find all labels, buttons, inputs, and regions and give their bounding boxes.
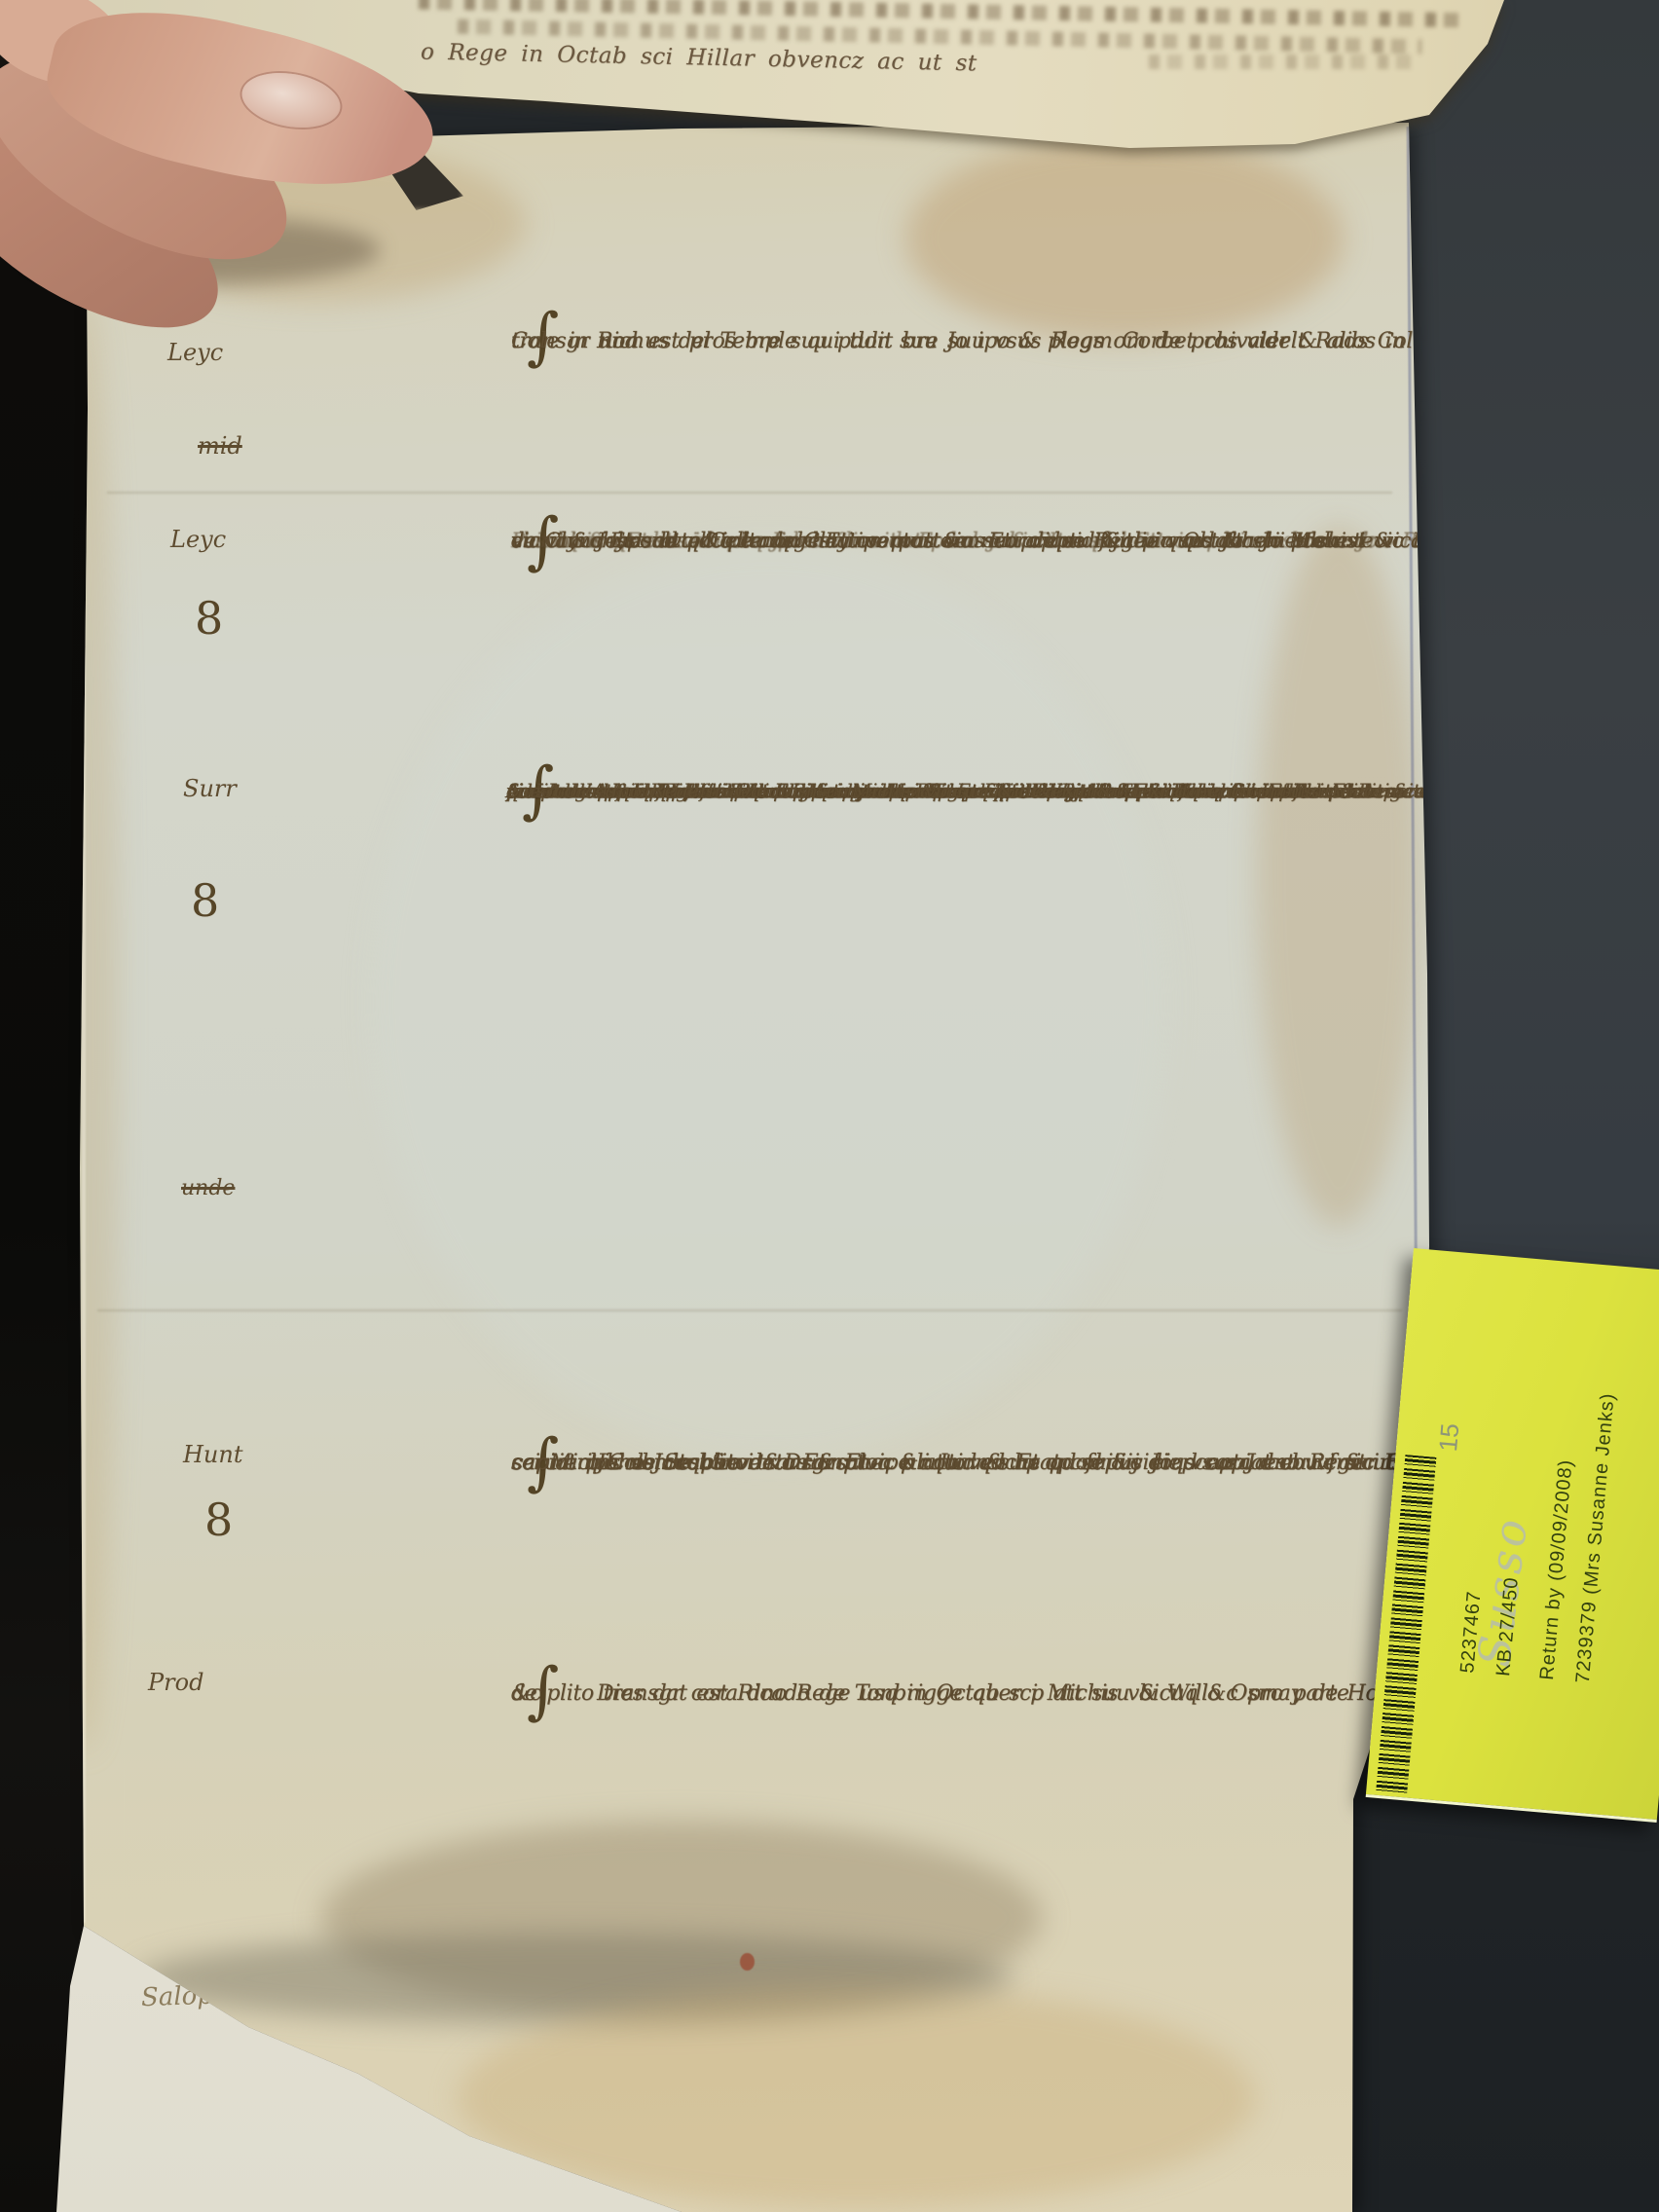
county-margin-note: Leyc: [170, 526, 226, 553]
manuscript-text-line: de plito transgr cora dno Rege usq in Oc…: [511, 1672, 1349, 1715]
county-margin-note: Hunt: [183, 1441, 243, 1468]
county-margin-note: Leyc: [167, 339, 223, 366]
membrane-left-edge-highlight: [82, 156, 86, 1923]
manuscript-text-line: transgr non est pros bre suu pdon suu Jo…: [511, 317, 1537, 366]
manuscript-text-line: sci Michis vbicuq &c: [511, 1443, 740, 1484]
fold-crease: [107, 492, 1392, 494]
struck-margin-note: mid: [198, 432, 242, 460]
label-reader: 7239379 (Mrs Susanne Jenks): [1572, 1392, 1620, 1684]
parchment-stain: [370, 545, 1168, 1460]
manuscript-text-line: &c: [511, 1672, 541, 1715]
show-through-script: [1149, 55, 1421, 69]
struck-margin-note: unde: [181, 1176, 235, 1200]
parchment-membrane: Leyc mid ∫ Richus del Temple qui tulit b…: [0, 0, 1659, 2212]
red-ink-spot: [740, 1953, 755, 1971]
attorney-mark: 8: [195, 596, 223, 641]
county-margin-note: Surr: [183, 775, 237, 802]
attorney-mark: 8: [204, 1497, 233, 1542]
county-margin-note: Prod: [148, 1669, 203, 1696]
parchment-stain: [1256, 526, 1421, 1227]
fold-crease: [97, 1309, 1402, 1311]
manuscript-text-line: Cole in una: [511, 317, 637, 366]
manuscript-text-line: eius cora dno Rege in Octabis sci Michis…: [506, 771, 1025, 810]
pencil-number: 15: [1433, 1422, 1465, 1454]
parchment-membrane-wrap: Leyc mid ∫ Richus del Temple qui tulit b…: [0, 0, 1659, 2212]
attorney-mark: 8: [191, 878, 219, 923]
photo-canvas: Leyc mid ∫ Richus del Temple qui tulit b…: [0, 0, 1659, 2212]
archive-label: 15 Susso 5237467 KB 27/450 Return by (09…: [1366, 1248, 1659, 1823]
label-return-by: Return by (09/09/2008): [1536, 1458, 1578, 1681]
manuscript-text-line: Paschi in qz dies vbicuq &c: [511, 522, 801, 560]
